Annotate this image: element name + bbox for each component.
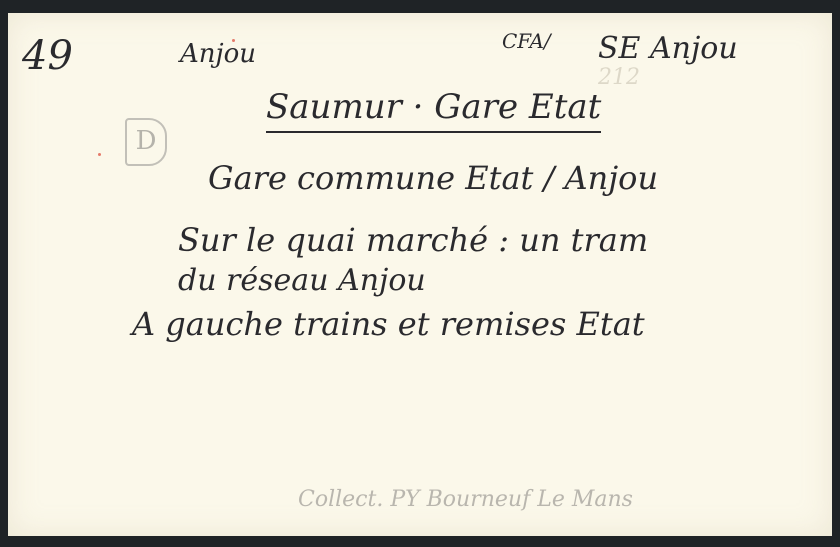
collection-credit: Collect. PY Bourneuf Le Mans <box>298 487 633 512</box>
note-line-2: Sur le quai marché : un tram <box>178 221 648 259</box>
network-prefix: CFA/ <box>502 29 551 53</box>
faint-number: 212 <box>598 65 640 90</box>
title: Saumur · Gare Etat <box>266 87 601 133</box>
note-line-4: A gauche trains et remises Etat <box>132 305 645 343</box>
ink-spot <box>98 153 101 156</box>
catalog-number: 49 <box>22 33 73 79</box>
region-label: Anjou <box>180 39 256 69</box>
note-line-3: du réseau Anjou <box>178 263 426 298</box>
stamp-d: D <box>125 118 167 166</box>
network-label: SE Anjou <box>598 31 738 66</box>
photo-back-card: 49 D Anjou CFA/ SE Anjou 212 Saumur · Ga… <box>8 13 832 536</box>
note-line-1: Gare commune Etat / Anjou <box>208 159 658 197</box>
